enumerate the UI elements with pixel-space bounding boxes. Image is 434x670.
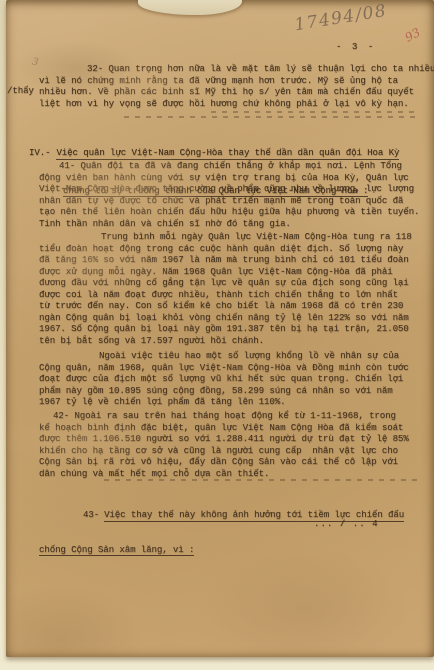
scan-background: - 3 - /thấy 32- Quan trọng hơn nữa là về… bbox=[0, 0, 434, 670]
text-line: tiểu đoàn hoạt động trong các cuộc hành … bbox=[39, 243, 412, 255]
text-line: động viên ban hành cùng với sự viện trợ … bbox=[39, 172, 419, 184]
text-line: ngàn Cộng quân bị loại khỏi vòng chiến n… bbox=[39, 312, 412, 324]
text-line: 42- Ngoài ra sau trên hai tháng hoạt độn… bbox=[39, 410, 409, 422]
dashed-artifact bbox=[124, 116, 416, 118]
torn-paper-edge bbox=[138, 0, 242, 15]
handwritten-doc-number: 17494/08 bbox=[293, 0, 415, 35]
handwritten-sub-number: 93 bbox=[403, 25, 423, 45]
text-line: nhiều hơn. Về phần các binh sĩ Mỹ thì họ… bbox=[39, 86, 434, 98]
text-line: 1967. Số Cộng quân bị loại này gồm 191.3… bbox=[39, 323, 412, 335]
paragraph-41: 41- Quân đội ta đã và đang chiến thắng ở… bbox=[39, 160, 419, 229]
text-line: Cộng Sản bị rã rời vô hiệu, đẩy dần Cộng… bbox=[39, 456, 409, 468]
text-line: tạo nên thế liên hoàn chiến đấu hữu hiệu… bbox=[39, 206, 419, 218]
text-line: được thêm 1.106.510 người so với 1.288.4… bbox=[39, 433, 409, 445]
section-label: IV.- bbox=[29, 147, 50, 158]
paragraph-42: 42- Ngoài ra sau trên hai tháng hoạt độn… bbox=[39, 410, 409, 479]
margin-note: /thấy bbox=[7, 85, 34, 97]
page-number: - 3 - bbox=[336, 41, 376, 53]
text-line: tên bị bắt sống và 17.597 người hồi chán… bbox=[39, 335, 412, 347]
text-line: Ngoài việc tiêu hao một số lượng khổng l… bbox=[39, 350, 409, 362]
text-line: từ trước đến nay. Con số kiểm kê cho biế… bbox=[39, 300, 412, 312]
text-line: liệt hơn vì hy vọng sẽ được hồi hương ch… bbox=[39, 98, 434, 110]
paragraph-32: 32- Quan trọng hơn nữa là về mặt tâm lý … bbox=[39, 63, 434, 109]
text-line: kế hoạch bình định đặc biệt, quân lực Vi… bbox=[39, 422, 409, 434]
text-line: đoạt được của địch một số lượng vũ khí h… bbox=[39, 373, 409, 385]
dashed-artifact bbox=[211, 111, 416, 113]
paragraph-ngoai-viec: Ngoài việc tiêu hao một số lượng khổng l… bbox=[39, 350, 409, 408]
text-line: phẩm này gồm 10.895 súng cộng đồng, 58.2… bbox=[39, 385, 409, 397]
paragraph-trung-binh: Trung bình mỗi ngày Quân lực Việt-Nam Cộ… bbox=[39, 231, 412, 346]
text-line: Việt-Nam Cộng-Hòa được tăng cường về phẩ… bbox=[39, 183, 419, 195]
text-line: đã tăng 16% so với năm 1967 là năm mà tr… bbox=[39, 254, 412, 266]
text-line: được coi là năm đoạt được nhiều, thành t… bbox=[39, 289, 412, 301]
text-line: 1967 tỷ lệ về chiến lợi phẩm đã tăng lên… bbox=[39, 396, 409, 408]
text-line: đương đầu với những cố gắng tận lực về q… bbox=[39, 277, 412, 289]
text-line: Tinh thần nhân dân và chiến sĩ nhờ đó tă… bbox=[39, 218, 419, 230]
dashed-artifact bbox=[104, 479, 418, 481]
text-line: được xử dụng mỗi ngày. Năm 1968 Quân lực… bbox=[39, 266, 412, 278]
underlined-text: chống Cộng Sản xâm lăng, vì : bbox=[39, 544, 194, 557]
text-line: dân chúng và mất hết mọi chỗ dựa cần thi… bbox=[39, 468, 409, 480]
text-line: nhân dân tự vệ được tổ chức và phát triể… bbox=[39, 195, 419, 207]
text-line: chống Cộng Sản xâm lăng, vì : bbox=[39, 544, 404, 556]
heading-text: Việc quân lực Việt-Nam Cộng-Hòa thay thế… bbox=[56, 147, 399, 160]
item-number: 43- bbox=[39, 509, 99, 520]
document-page: - 3 - /thấy 32- Quan trọng hơn nữa là về… bbox=[6, 0, 434, 657]
text-line: vì lẽ nó chứng minh rằng ta đã vững mạnh… bbox=[39, 75, 434, 87]
continuation-mark: ... / .. 4 bbox=[314, 518, 379, 530]
text-line: 32- Quan trọng hơn nữa là về mặt tâm lý … bbox=[39, 63, 434, 75]
text-line: khiến cho hạ tầng cơ sở và cũng là người… bbox=[39, 445, 409, 457]
paragraph-43: 43-Việc thay thế này không ảnh hưởng tới… bbox=[39, 486, 404, 578]
text-line: Trung bình mỗi ngày Quân lực Việt-Nam Cộ… bbox=[39, 231, 412, 243]
text-line: 41- Quân đội ta đã và đang chiến thắng ở… bbox=[39, 160, 419, 172]
text-line: Cộng quân, năm 1968, quân lực Việt-Nam C… bbox=[39, 362, 409, 374]
heading-line: IV.-Việc quân lực Việt-Nam Cộng-Hòa thay… bbox=[29, 147, 399, 160]
